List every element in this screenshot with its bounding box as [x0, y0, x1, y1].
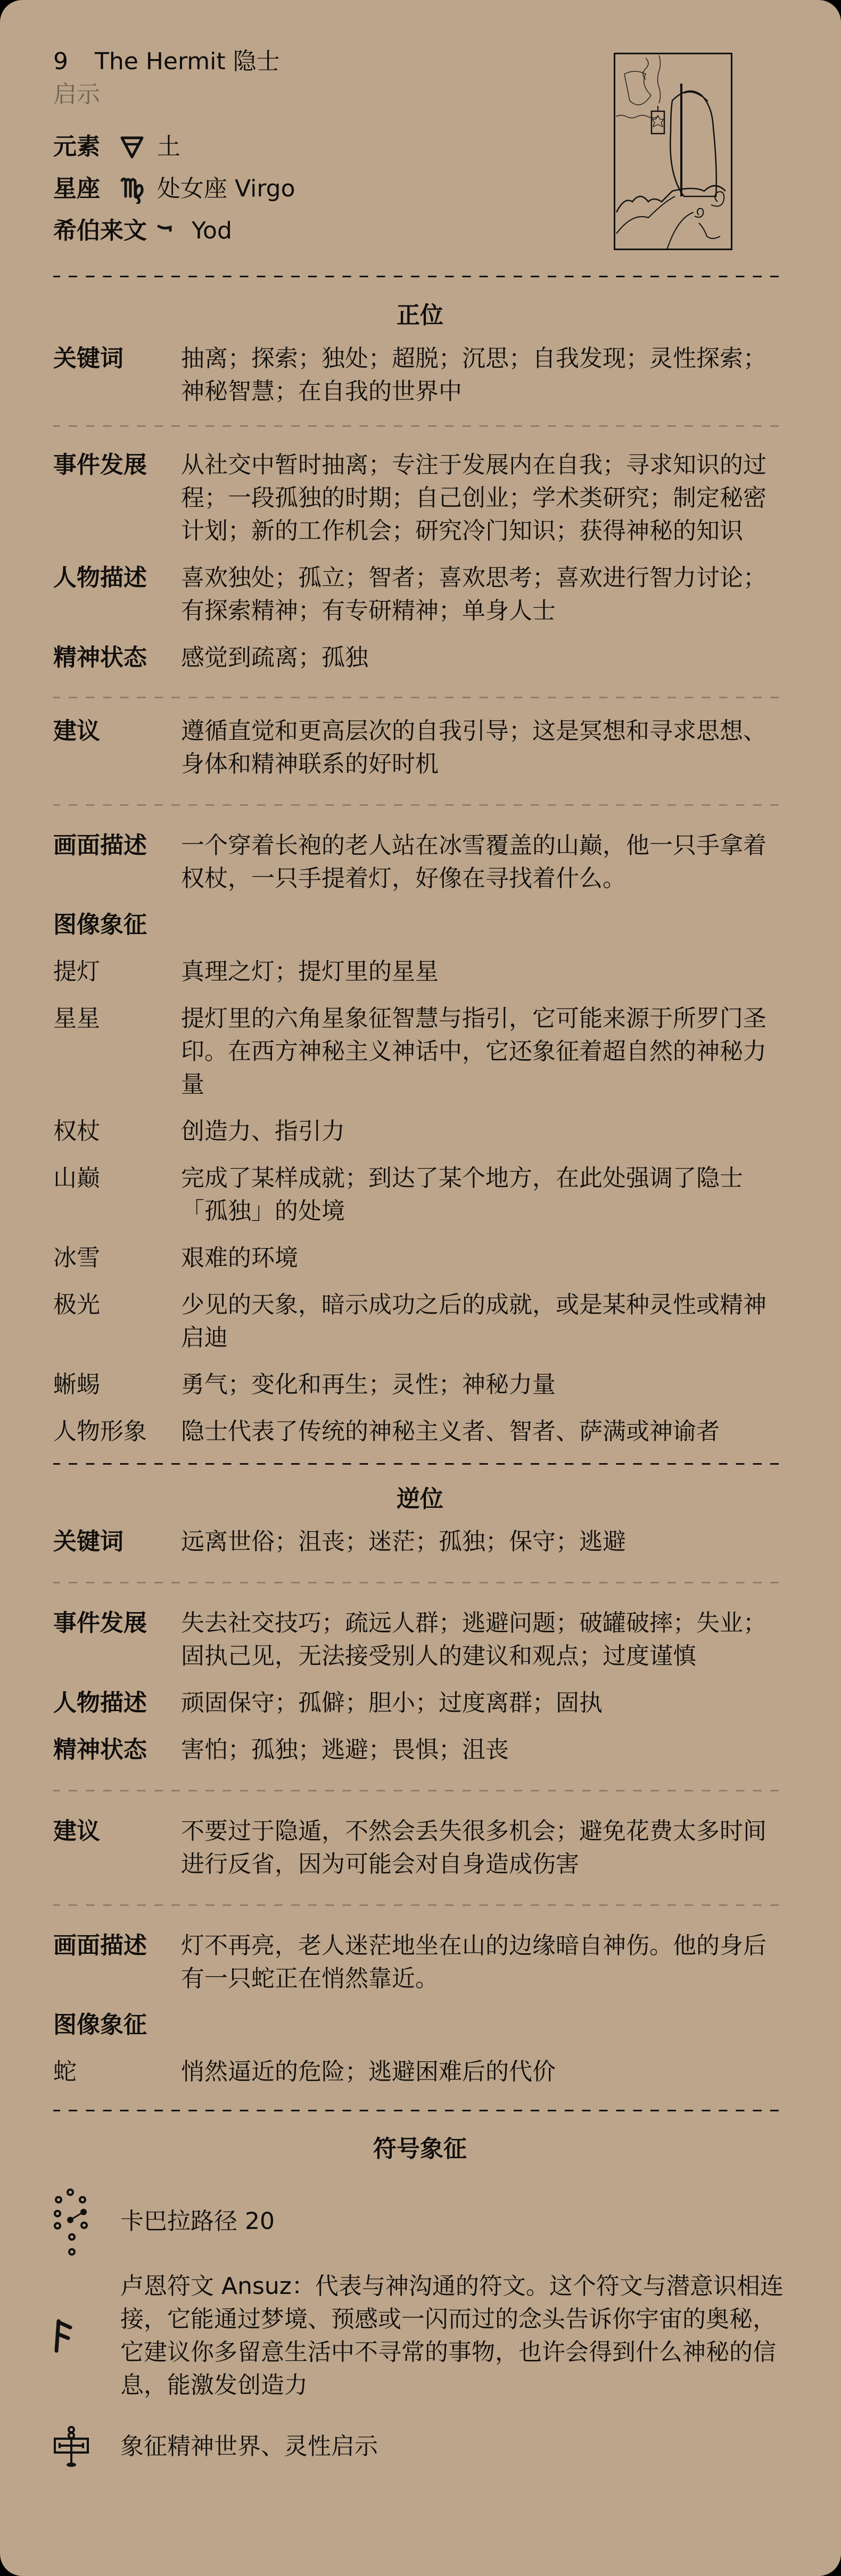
imagery-label: 冰雪: [53, 1242, 181, 1275]
imagery-value: 完成了某样成就；到达了某个地方，在此处强调了隐士「孤独」的处境: [181, 1162, 787, 1228]
imagery-label: 山巅: [53, 1162, 181, 1228]
reversed-imagery-heading: 图像象征: [53, 2009, 787, 2042]
imagery-item: 山巅 完成了某样成就；到达了某个地方，在此处强调了隐士「孤独」的处境: [53, 1162, 787, 1228]
reversed-heading: 逆位: [53, 1483, 787, 1516]
imagery-label: 星星: [53, 1002, 181, 1101]
field-label: 精神状态: [53, 641, 181, 674]
symbol-item-spirit: 象征精神世界、灵性启示: [53, 2425, 787, 2468]
field-value: 顽固保守；孤僻；胆小；过度离群；固执: [181, 1687, 787, 1720]
imagery-label: 人物形象: [53, 1415, 181, 1448]
reversed-advice: 建议 不要过于隐遁，不然会丢失很多机会；避免花费太多时间进行反省，因为可能会对自…: [53, 1815, 787, 1881]
attribute-label: 元素: [53, 130, 120, 163]
upright-events: 事件发展 从社交中暂时抽离；专注于发展内在自我；寻求知识的过程；一段孤独的时期；…: [53, 449, 787, 548]
section-divider: [53, 276, 787, 277]
imagery-label: 极光: [53, 1289, 181, 1355]
imagery-value: 少见的天象，暗示成功之后的成就，或是某种灵性或精神启迪: [181, 1289, 787, 1355]
field-label: 人物描述: [53, 562, 181, 628]
imagery-item: 人物形象 隐士代表了传统的神秘主义者、智者、萨满或神谕者: [53, 1415, 787, 1448]
imagery-label: 蛇: [53, 2055, 181, 2088]
imagery-item: 蜥蜴 勇气；变化和再生；灵性；神秘力量: [53, 1368, 787, 1401]
attribute-label: 希伯来文: [53, 214, 154, 247]
field-label: 画面描述: [53, 1929, 181, 1995]
hermit-card-illustration: [614, 53, 732, 250]
imagery-value: 勇气；变化和再生；灵性；神秘力量: [181, 1368, 787, 1401]
upright-advice: 建议 遵循直觉和更高层次的自我引导；这是冥想和寻求思想、身体和精神联系的好时机: [53, 715, 787, 781]
field-value: 抽离；探索；独处；超脱；沉思；自我发现；灵性探索；神秘智慧；在自我的世界中: [181, 342, 787, 408]
imagery-value: 悄然逼近的危险；逃避困难后的代价: [181, 2055, 787, 2088]
imagery-item: 蛇 悄然逼近的危险；逃避困难后的代价: [53, 2055, 787, 2088]
imagery-value: 艰难的环境: [181, 1242, 787, 1275]
field-label: 精神状态: [53, 1733, 181, 1766]
imagery-value: 真理之灯；提灯里的星星: [181, 955, 787, 988]
field-label: 关键词: [53, 342, 181, 408]
item-divider: [53, 1582, 787, 1583]
section-divider: [53, 2110, 787, 2111]
symbol-text: 卢恩符文 Ansuz：代表与神沟通的符文。这个符文与潜意识相连接，它能通过梦境、…: [120, 2270, 787, 2402]
imagery-value: 提灯里的六角星象征智慧与指引，它可能来源于所罗门圣印。在西方神秘主义神话中，它还…: [181, 1002, 787, 1101]
ansuz-rune-icon: [53, 2319, 120, 2353]
symbol-text: 卡巴拉路径 20: [120, 2205, 787, 2238]
field-value: 遵循直觉和更高层次的自我引导；这是冥想和寻求思想、身体和精神联系的好时机: [181, 715, 787, 781]
field-label: 画面描述: [53, 829, 181, 895]
hebrew-yod-icon: [154, 216, 192, 246]
reversed-scene: 画面描述 灯不再亮，老人迷茫地坐在山的边缘暗自神伤。他的身后有一只蛇正在悄然靠近…: [53, 1929, 787, 1995]
field-label: 关键词: [53, 1525, 181, 1558]
upright-keywords: 关键词 抽离；探索；独处；超脱；沉思；自我发现；灵性探索；神秘智慧；在自我的世界…: [53, 342, 787, 408]
attribute-label: 星座: [53, 172, 120, 205]
reversed-person: 人物描述 顽固保守；孤僻；胆小；过度离群；固执: [53, 1687, 787, 1720]
attribute-value: Yod: [192, 214, 232, 247]
imagery-item: 星星 提灯里的六角星象征智慧与指引，它可能来源于所罗门圣印。在西方神秘主义神话中…: [53, 1002, 787, 1101]
field-label: 事件发展: [53, 1607, 181, 1673]
item-divider: [53, 1790, 787, 1791]
field-value: 灯不再亮，老人迷茫地坐在山的边缘暗自神伤。他的身后有一只蛇正在悄然靠近。: [181, 1929, 787, 1995]
field-value: 远离世俗；沮丧；迷茫；孤独；保守；逃避: [181, 1525, 787, 1558]
symbols-heading: 符号象征: [53, 2133, 787, 2166]
earth-element-icon: [120, 132, 157, 162]
kabbalah-tree-icon: [53, 2187, 120, 2256]
imagery-item: 提灯 真理之灯；提灯里的星星: [53, 955, 787, 988]
reversed-events: 事件发展 失去社交技巧；疏远人群；逃避问题；破罐破摔；失业；固执己见，无法接受别…: [53, 1607, 787, 1673]
item-divider: [53, 804, 787, 806]
card-header: 9 The Hermit 隐士 启示 元素 土 星座 处女座 Virgo 希伯来…: [53, 0, 787, 269]
field-label: 建议: [53, 1815, 181, 1881]
imagery-label: 蜥蜴: [53, 1368, 181, 1401]
spiritual-symbol-icon: [53, 2425, 120, 2468]
imagery-item: 权杖 创造力、指引力: [53, 1115, 787, 1148]
imagery-value: 创造力、指引力: [181, 1115, 787, 1148]
card-name: The Hermit 隐士: [95, 46, 280, 78]
field-label: 建议: [53, 715, 181, 781]
symbol-item-rune: 卢恩符文 Ansuz：代表与神沟通的符文。这个符文与潜意识相连接，它能通过梦境、…: [53, 2270, 787, 2402]
item-divider: [53, 697, 787, 698]
imagery-item: 冰雪 艰难的环境: [53, 1242, 787, 1275]
field-value: 感觉到疏离；孤独: [181, 641, 787, 674]
virgo-icon: [120, 174, 157, 204]
tarot-card-detail: 9 The Hermit 隐士 启示 元素 土 星座 处女座 Virgo 希伯来…: [0, 0, 841, 2576]
attribute-value: 土: [157, 130, 180, 163]
reversed-mental: 精神状态 害怕；孤独；逃避；畏惧；沮丧: [53, 1733, 787, 1766]
reversed-keywords: 关键词 远离世俗；沮丧；迷茫；孤独；保守；逃避: [53, 1525, 787, 1558]
imagery-item: 极光 少见的天象，暗示成功之后的成就，或是某种灵性或精神启迪: [53, 1289, 787, 1355]
imagery-label: 权杖: [53, 1115, 181, 1148]
upright-scene: 画面描述 一个穿着长袍的老人站在冰雪覆盖的山巅，他一只手拿着权杖，一只手提着灯，…: [53, 829, 787, 895]
imagery-label: 提灯: [53, 955, 181, 988]
field-value: 一个穿着长袍的老人站在冰雪覆盖的山巅，他一只手拿着权杖，一只手提着灯，好像在寻找…: [181, 829, 787, 895]
upright-imagery-heading: 图像象征: [53, 909, 787, 942]
field-value: 害怕；孤独；逃避；畏惧；沮丧: [181, 1733, 787, 1766]
section-divider: [53, 1463, 787, 1465]
item-divider: [53, 1904, 787, 1906]
upright-mental: 精神状态 感觉到疏离；孤独: [53, 641, 787, 674]
field-label: 人物描述: [53, 1687, 181, 1720]
symbol-item-kabbalah: 卡巴拉路径 20: [53, 2187, 787, 2256]
symbol-text: 象征精神世界、灵性启示: [120, 2430, 787, 2463]
field-value: 从社交中暂时抽离；专注于发展内在自我；寻求知识的过程；一段孤独的时期；自己创业；…: [181, 449, 787, 548]
imagery-value: 隐士代表了传统的神秘主义者、智者、萨满或神谕者: [181, 1415, 787, 1448]
field-label: 事件发展: [53, 449, 181, 548]
card-number: 9: [53, 46, 95, 78]
item-divider: [53, 425, 787, 427]
attribute-value: 处女座 Virgo: [157, 172, 295, 205]
upright-heading: 正位: [53, 299, 787, 332]
field-value: 失去社交技巧；疏远人群；逃避问题；破罐破摔；失业；固执己见，无法接受别人的建议和…: [181, 1607, 787, 1673]
field-value: 不要过于隐遁，不然会丢失很多机会；避免花费太多时间进行反省，因为可能会对自身造成…: [181, 1815, 787, 1881]
upright-person: 人物描述 喜欢独处；孤立；智者；喜欢思考；喜欢进行智力讨论；有探索精神；有专研精…: [53, 562, 787, 628]
field-value: 喜欢独处；孤立；智者；喜欢思考；喜欢进行智力讨论；有探索精神；有专研精神；单身人…: [181, 562, 787, 628]
